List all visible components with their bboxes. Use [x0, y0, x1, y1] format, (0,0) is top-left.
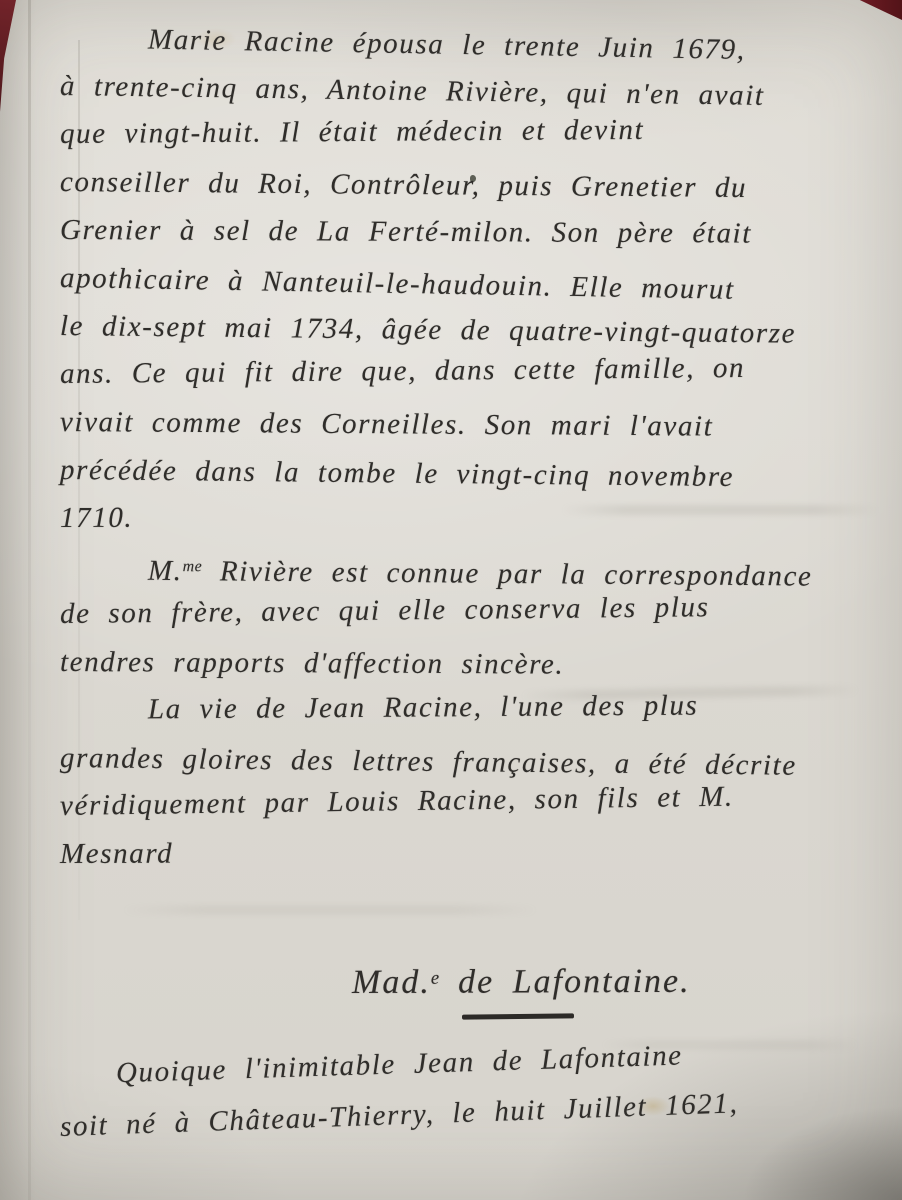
- manuscript-line: La vie de Jean Racine, l'une des plus: [60, 680, 872, 734]
- manuscript-text: Marie Racine épousa le trente Juin 1679,…: [0, 0, 902, 1200]
- heading-text: de Lafontaine.: [440, 963, 691, 1001]
- manuscript-line: de son frère, avec qui elle conserva les…: [60, 581, 872, 638]
- section-heading-madame-de-lafontaine: Mad.e de Lafontaine.: [352, 948, 872, 1008]
- manuscript-line: Mesnard: [60, 827, 872, 878]
- manuscript-line: vivait comme des Corneilles. Son mari l'…: [60, 398, 872, 452]
- heading-underline: [462, 1013, 574, 1019]
- paragraph-quoique-lafontaine: Quoique l'inimitable Jean de Lafontaine …: [60, 1049, 872, 1153]
- line-text: M.: [148, 555, 183, 587]
- paragraph-vie-de-jean-racine: La vie de Jean Racine, l'une des plus gr…: [60, 686, 872, 878]
- paragraph-mme-riviere: M.me Rivière est connue par la correspon…: [60, 542, 872, 686]
- manuscript-line: véridiquement par Louis Racine, son fils…: [60, 771, 873, 830]
- superscript-abbreviation: me: [183, 558, 203, 575]
- manuscript-line: ans. Ce qui fit dire que, dans cette fam…: [60, 343, 872, 398]
- manuscript-page: Marie Racine épousa le trente Juin 1679,…: [0, 0, 902, 1200]
- manuscript-line: conseiller du Roi, Contrôleur, puis Gren…: [60, 158, 872, 213]
- paragraph-marie-racine: Marie Racine épousa le trente Juin 1679,…: [60, 14, 872, 542]
- manuscript-line: Grenier à sel de La Ferté-milon. Son pèr…: [60, 206, 872, 258]
- superscript-abbreviation: e: [431, 968, 440, 989]
- heading-text: Mad.: [352, 964, 431, 1001]
- manuscript-line: que vingt-huit. Il était médecin et devi…: [60, 104, 872, 158]
- manuscript-line: 1710.: [60, 491, 872, 542]
